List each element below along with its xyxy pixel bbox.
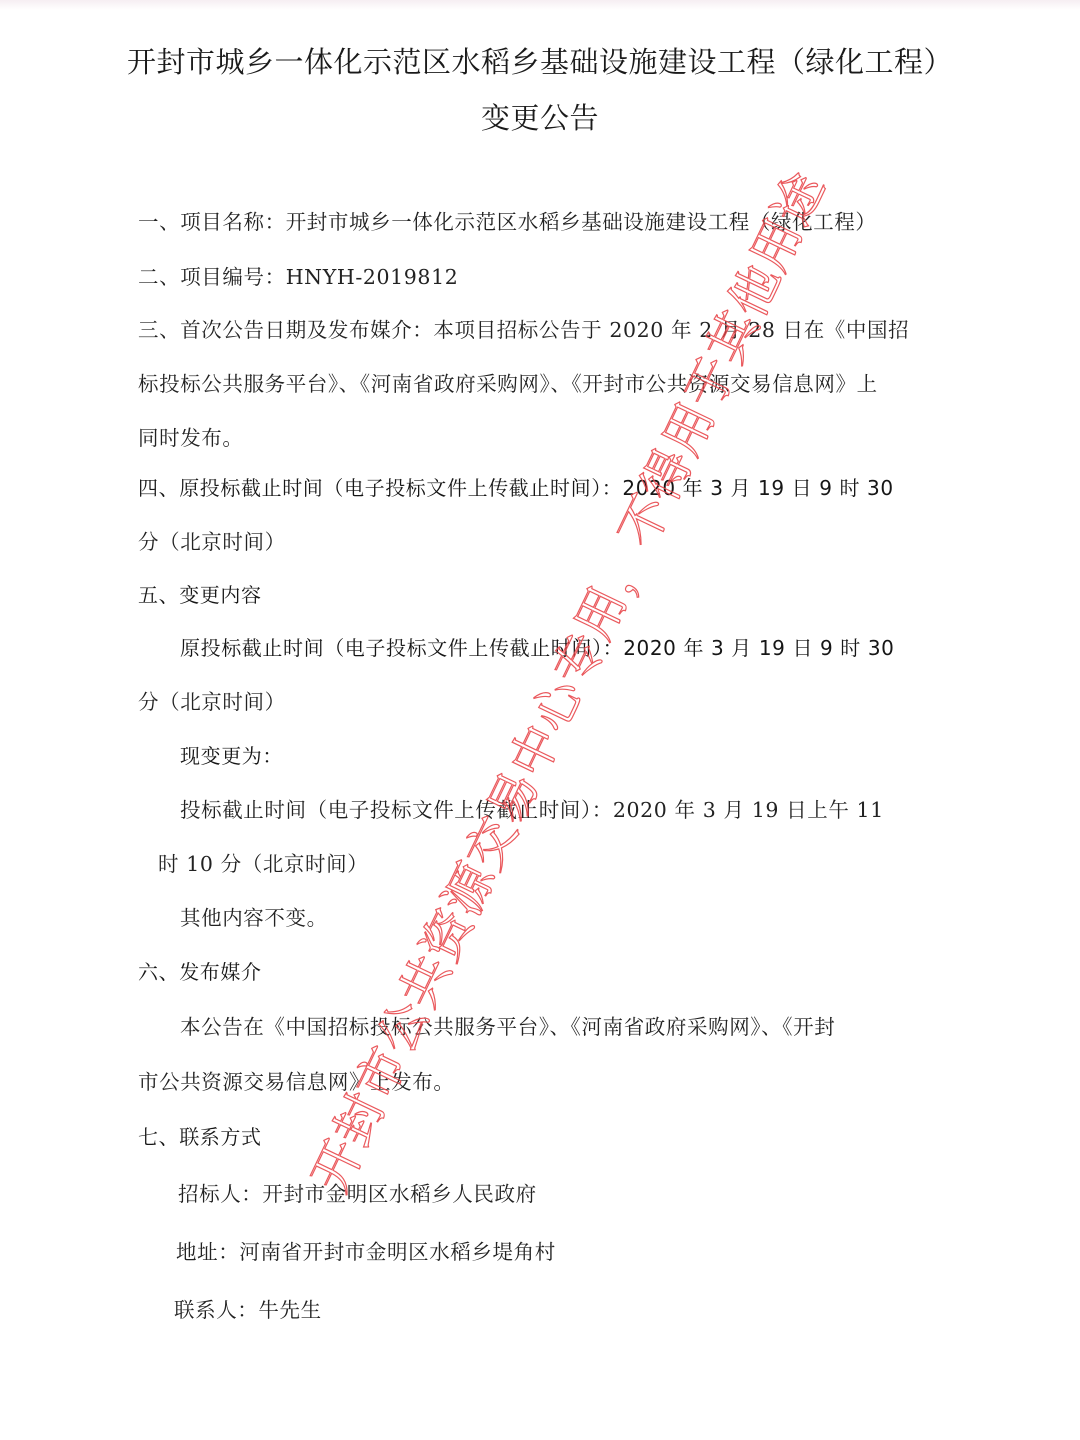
original-deadline-line-2: 分（北京时间） xyxy=(138,528,286,556)
contact-tenderer-line: 招标人：开封市金明区水稻乡人民政府 xyxy=(178,1180,537,1208)
scan-edge xyxy=(0,0,1080,10)
project-number-line: 二、项目编号：HNYH-2019812 xyxy=(138,263,458,291)
change-other-line: 其他内容不变。 xyxy=(180,904,328,932)
change-new-line-1: 投标截止时间（电子投标文件上传截止时间）：2020 年 3 月 19 日上午 1… xyxy=(180,796,884,824)
change-now-label: 现变更为： xyxy=(180,742,283,770)
change-original-line-2: 分（北京时间） xyxy=(138,688,286,716)
contact-address-line: 地址：河南省开封市金明区水稻乡堤角村 xyxy=(176,1238,556,1266)
first-notice-line-3: 同时发布。 xyxy=(138,424,244,452)
project-name-line: 一、项目名称：开封市城乡一体化示范区水稻乡基础设施建设工程（绿化工程） xyxy=(138,208,877,236)
change-new-line-2: 时 10 分（北京时间） xyxy=(158,850,368,878)
media-line-1: 本公告在《中国招标投标公共服务平台》、《河南省政府采购网》、《开封 xyxy=(180,1013,835,1041)
contact-person-line: 联系人：牛先生 xyxy=(174,1296,322,1324)
media-line-2: 市公共资源交易信息网》上发布。 xyxy=(138,1068,455,1096)
document-title: 开封市城乡一体化示范区水稻乡基础设施建设工程（绿化工程） xyxy=(0,40,1080,81)
original-deadline-line-1: 四、原投标截止时间（电子投标文件上传截止时间）：2020 年 3 月 19 日 … xyxy=(138,474,894,502)
contact-heading: 七、联系方式 xyxy=(138,1123,262,1151)
change-original-line-1: 原投标截止时间（电子投标文件上传截止时间）：2020 年 3 月 19 日 9 … xyxy=(180,634,895,662)
media-heading: 六、发布媒介 xyxy=(138,958,262,986)
first-notice-line-1: 三、首次公告日期及发布媒介：本项目招标公告于 2020 年 2 月 28 日在《… xyxy=(138,316,909,344)
change-heading: 五、变更内容 xyxy=(138,581,262,609)
watermark-stamp: 开封市公共资源交易中心专用，不得用于其他用途 xyxy=(291,158,839,1202)
document-subtitle: 变更公告 xyxy=(0,96,1080,137)
first-notice-line-2: 标投标公共服务平台》、《河南省政府采购网》、《开封市公共资源交易信息网》上 xyxy=(138,370,878,398)
